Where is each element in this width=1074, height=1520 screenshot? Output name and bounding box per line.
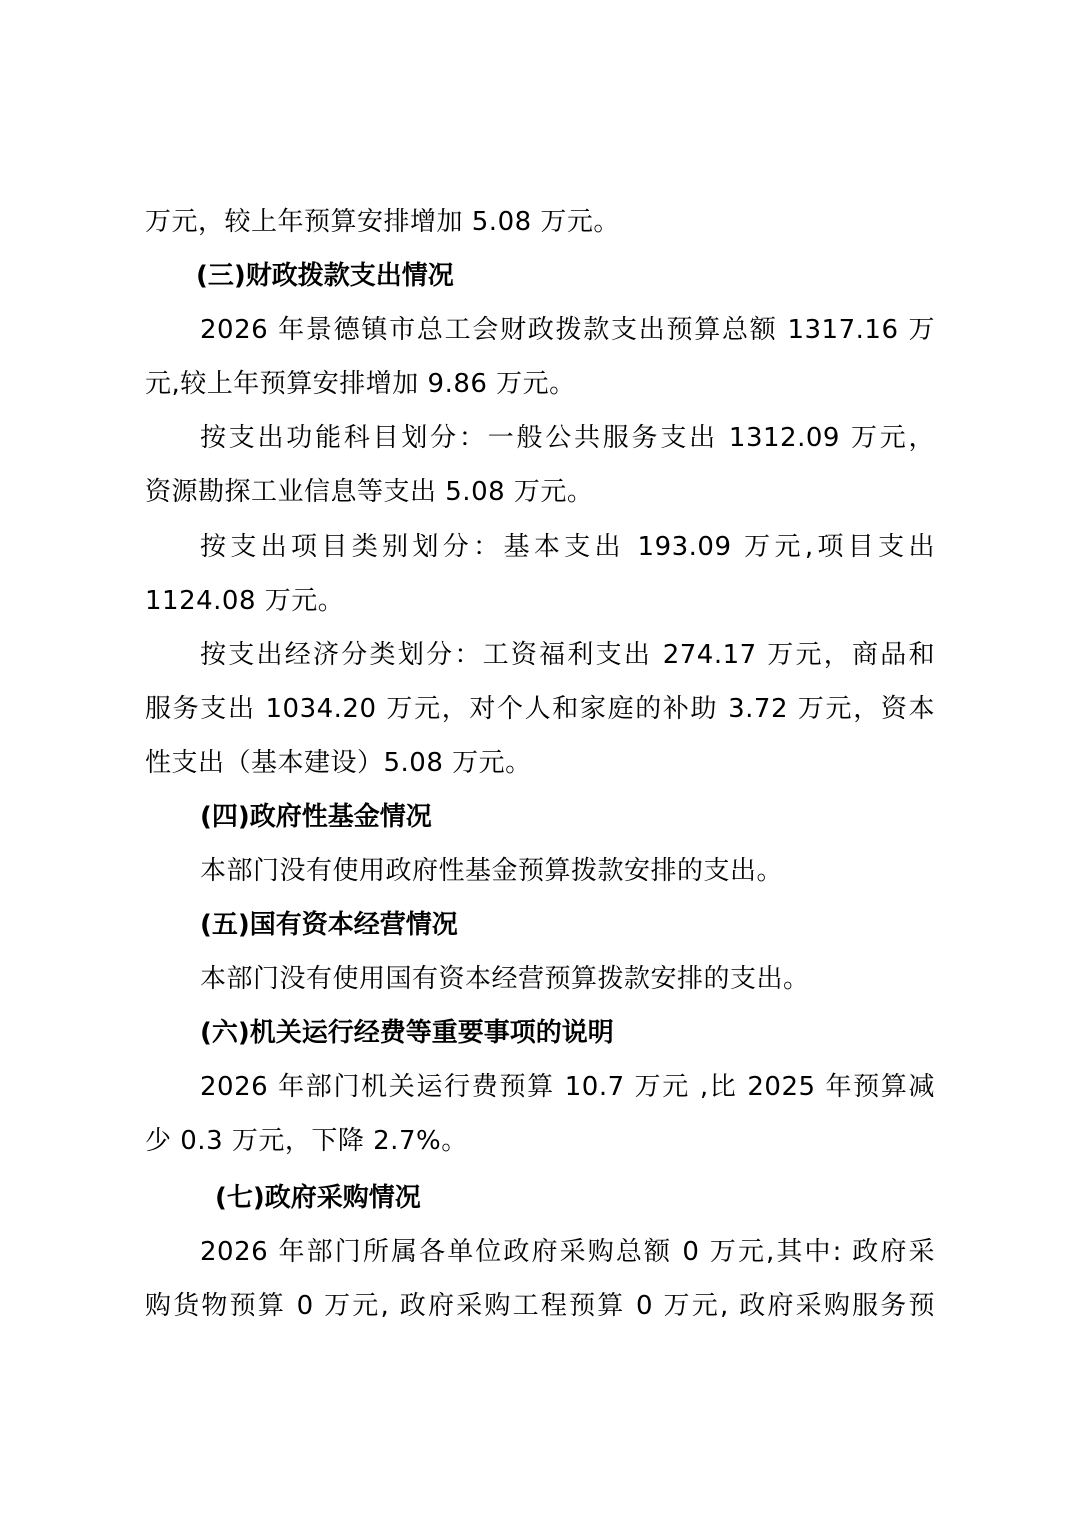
paragraph-line: 2026 年部门机关运行费预算 10.7 万元 ,比 2025 年预算减 bbox=[200, 1069, 935, 1105]
paragraph-line: 少 0.3 万元，下降 2.7%。 bbox=[145, 1123, 935, 1159]
paragraph-line: 本部门没有使用国有资本经营预算拨款安排的支出。 bbox=[200, 961, 935, 997]
section-heading-7: (七)政府采购情况 bbox=[215, 1180, 1005, 1216]
paragraph-line: 按支出经济分类划分：工资福利支出 274.17 万元，商品和 bbox=[200, 637, 935, 673]
document-page: 万元，较上年预算安排增加 5.08 万元。 (三)财政拨款支出情况 2026 年… bbox=[0, 0, 1074, 1520]
paragraph-line: 按支出功能科目划分：一般公共服务支出 1312.09 万元， bbox=[200, 420, 935, 456]
paragraph-line: 按支出项目类别划分：基本支出 193.09 万元,项目支出 bbox=[200, 529, 935, 565]
paragraph-line: 2026 年景德镇市总工会财政拨款支出预算总额 1317.16 万 bbox=[200, 312, 935, 348]
paragraph-line: 1124.08 万元。 bbox=[145, 583, 935, 619]
paragraph-line: 购货物预算 0 万元, 政府采购工程预算 0 万元, 政府采购服务预 bbox=[145, 1288, 935, 1324]
paragraph-line: 性支出（基本建设）5.08 万元。 bbox=[145, 745, 935, 781]
section-heading-4: (四)政府性基金情况 bbox=[200, 799, 935, 835]
paragraph-line: 万元，较上年预算安排增加 5.08 万元。 bbox=[145, 204, 935, 240]
paragraph-line: 元,较上年预算安排增加 9.86 万元。 bbox=[145, 366, 935, 402]
section-heading-3: (三)财政拨款支出情况 bbox=[196, 258, 986, 294]
section-heading-5: (五)国有资本经营情况 bbox=[200, 907, 935, 943]
paragraph-line: 本部门没有使用政府性基金预算拨款安排的支出。 bbox=[200, 853, 935, 889]
paragraph-line: 资源勘探工业信息等支出 5.08 万元。 bbox=[145, 474, 935, 510]
section-heading-6: (六)机关运行经费等重要事项的说明 bbox=[200, 1015, 935, 1051]
paragraph-line: 服务支出 1034.20 万元，对个人和家庭的补助 3.72 万元，资本 bbox=[145, 691, 935, 727]
paragraph-line: 2026 年部门所属各单位政府采购总额 0 万元,其中: 政府采 bbox=[200, 1234, 935, 1270]
